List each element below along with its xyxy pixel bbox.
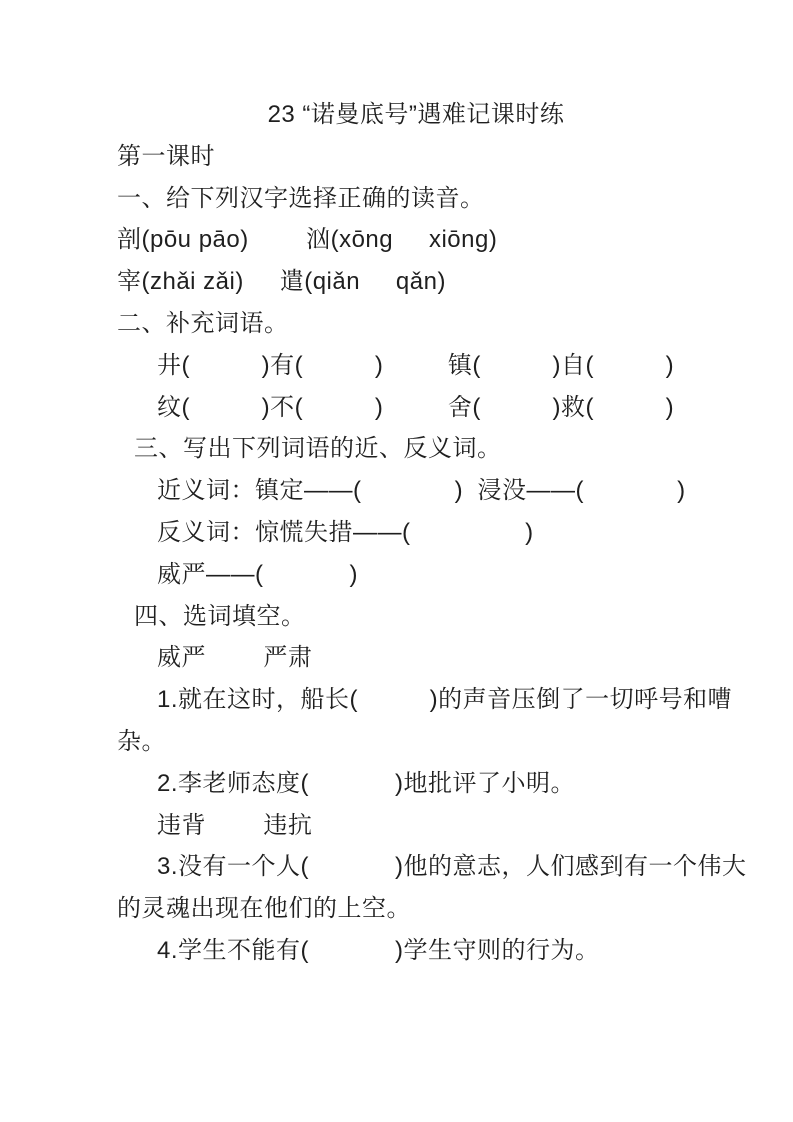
synonym-row: 近义词：镇定——( ) 浸没——( ) [157,470,715,512]
word-bank-2: 违背 违抗 [157,805,715,847]
antonym-row-continued: 威严——( ) [157,554,715,596]
question-2: 2.李老师态度( )地批评了小明。 [157,763,715,805]
section-1-heading: 一、给下列汉字选择正确的读音。 [117,178,715,220]
worksheet-page: 23 “诺曼底号”遇难记课时练 第一课时 一、给下列汉字选择正确的读音。 剖(p… [0,0,793,1122]
question-3-line-1: 3.没有一个人( )他的意志，人们感到有一个伟大 [157,846,715,888]
word-bank-1: 威严 严肃 [157,637,715,679]
word-blank-row-1: 井( )有( ) 镇( )自( ) [157,345,715,387]
question-1-line-1: 1.就在这时，船长( )的声音压倒了一切呼号和嘈 [157,679,715,721]
section-4-heading: 四、选词填空。 [134,596,715,638]
section-2-heading: 二、补充词语。 [117,303,715,345]
page-content: 23 “诺曼底号”遇难记课时练 第一课时 一、给下列汉字选择正确的读音。 剖(p… [117,94,715,972]
section-3-heading: 三、写出下列词语的近、反义词。 [134,428,715,470]
pinyin-row-1: 剖(pōu pāo) 汹(xōng xiōng) [117,219,715,261]
antonym-row: 反义词：惊慌失措——( ) [157,512,715,554]
question-3-line-2: 的灵魂出现在他们的上空。 [117,888,715,930]
question-4: 4.学生不能有( )学生守则的行为。 [157,930,715,972]
pinyin-row-2: 宰(zhǎi zǎi) 遣(qiǎn qǎn) [117,261,715,303]
word-blank-row-2: 纹( )不( ) 舍( )救( ) [157,387,715,429]
part-heading: 第一课时 [117,136,715,178]
doc-title: 23 “诺曼底号”遇难记课时练 [117,94,715,136]
question-1-line-2: 杂。 [117,721,715,763]
